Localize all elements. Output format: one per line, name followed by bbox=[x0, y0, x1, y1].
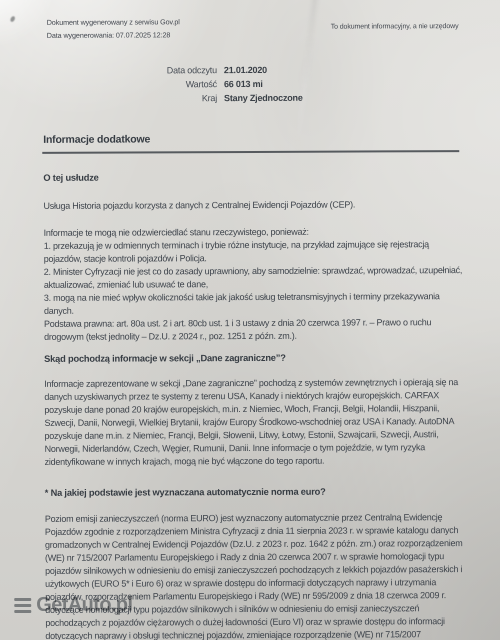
paragraph-foreign-data: Informacje zaprezentowane w sekcji „Dane… bbox=[44, 376, 464, 469]
odometer-reading-block: Data odczytu 21.01.2020 Wartość 66 013 m… bbox=[0, 64, 499, 108]
reading-country-label: Kraj bbox=[0, 93, 217, 104]
getauto-logo-icon bbox=[14, 598, 31, 614]
conditions-item-3: 3. mogą na nie mieć wpływ okoliczności t… bbox=[44, 290, 464, 318]
document-generated-line: Data wygenerowania: 07.07.2025 12:28 bbox=[47, 28, 180, 42]
document-source-line: Dokument wygenerowany z serwisu Gov.pl bbox=[47, 15, 180, 29]
paragraph-euro-norm: Poziom emisji zanieczyszczeń (norma EURO… bbox=[45, 511, 466, 640]
document-disclaimer: To dokument informacyjny, a nie urzędowy bbox=[331, 20, 459, 34]
conditions-item-2: 2. Minister Cyfryzacji nie jest co do za… bbox=[44, 264, 464, 292]
subheading-foreign-data: Skąd pochodzą informacje w sekcji „Dane … bbox=[44, 353, 286, 364]
paper-corner-mark bbox=[10, 15, 16, 22]
reading-mileage-label: Wartość bbox=[0, 79, 217, 90]
conditions-item-1: 1. przekazują je w odmiennych terminach … bbox=[44, 238, 464, 266]
vehicle-history-document-photo: Dokument wygenerowany z serwisu Gov.pl D… bbox=[0, 0, 500, 640]
paragraph-conditions: Informacje te mogą nie odzwierciedlać st… bbox=[44, 225, 465, 344]
reading-country-value: Stany Zjednoczone bbox=[224, 93, 303, 103]
paper-sheet: Dokument wygenerowany z serwisu Gov.pl D… bbox=[0, 0, 500, 640]
reading-row-country: Kraj Stany Zjednoczone bbox=[0, 92, 499, 108]
legal-basis: Podstawa prawna: art. 80a ust. 2 i art. … bbox=[44, 316, 464, 344]
section-title-underline bbox=[42, 150, 459, 153]
getauto-watermark: GetAuto.pl bbox=[14, 594, 132, 618]
subheading-about-service: O tej usłudze bbox=[43, 173, 98, 183]
subheading-euro-norm: * Na jakiej podstawie jest wyznaczana au… bbox=[45, 487, 326, 498]
section-title-additional-info: Informacje dodatkowe bbox=[43, 133, 150, 145]
paragraph-service: Usługa Historia pojazdu korzysta z danyc… bbox=[43, 198, 463, 213]
reading-date-label: Data odczytu bbox=[0, 65, 217, 76]
getauto-watermark-text: GetAuto.pl bbox=[36, 594, 132, 617]
reading-date-value: 21.01.2020 bbox=[224, 65, 267, 75]
document-header-left: Dokument wygenerowany z serwisu Gov.pl D… bbox=[47, 15, 180, 42]
reading-mileage-value: 66 013 mi bbox=[224, 79, 263, 89]
